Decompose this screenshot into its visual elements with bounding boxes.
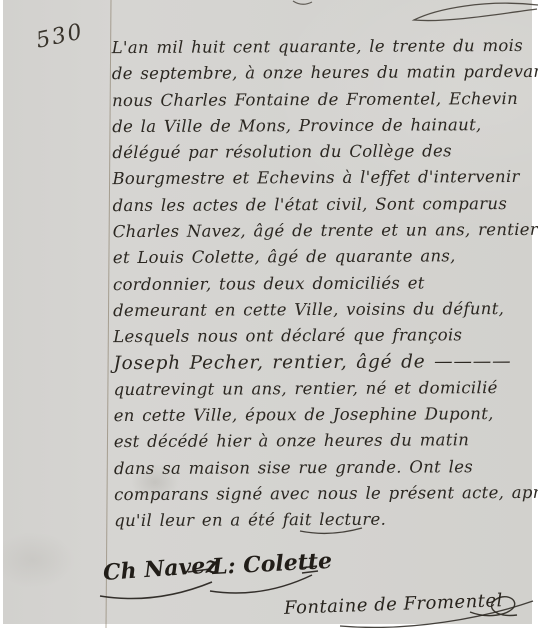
body-line: comparans signé avec nous le présent act…: [114, 480, 534, 508]
body-line: nous Charles Fontaine de Fromentel, Eche…: [112, 85, 532, 113]
body-line: quatrevingt un ans, rentier, né et domic…: [113, 375, 533, 403]
body-line: est décédé hier à onze heures du matin: [114, 427, 534, 455]
body-line: de septembre, à onze heures du matin par…: [112, 59, 532, 87]
body-line: et Louis Colette, âgé de quarante ans,: [113, 243, 533, 271]
act-body-text: L'an mil huit cent quarante, le trente d…: [112, 33, 535, 535]
body-line: délégué par résolution du Collège des: [112, 138, 532, 166]
body-line-deceased-name: Joseph Pecher, rentier, âgé de ————: [113, 348, 533, 376]
body-line: L'an mil huit cent quarante, le trente d…: [112, 33, 532, 61]
body-line: de la Ville de Mons, Province de hainaut…: [112, 112, 532, 140]
body-line: qu'il leur en a été fait lecture.: [114, 506, 534, 534]
body-line: dans les actes de l'état civil, Sont com…: [113, 191, 533, 219]
body-line: dans sa maison sise rue grande. Ont les: [114, 454, 534, 482]
body-line: demeurant en cette Ville, voisins du déf…: [113, 296, 533, 324]
body-line: Charles Navez, âgé de trente et un ans, …: [113, 217, 533, 245]
register-scan-page: 530 L'an mil huit cent quarante, le tren…: [0, 0, 538, 628]
body-line: en cette Ville, époux de Josephine Dupon…: [114, 401, 534, 429]
body-line: Lesquels nous ont déclaré que françois: [113, 322, 533, 350]
body-line: cordonnier, tous deux domiciliés et: [113, 270, 533, 298]
body-line: Bourgmestre et Echevins à l'effet d'inte…: [112, 164, 532, 192]
